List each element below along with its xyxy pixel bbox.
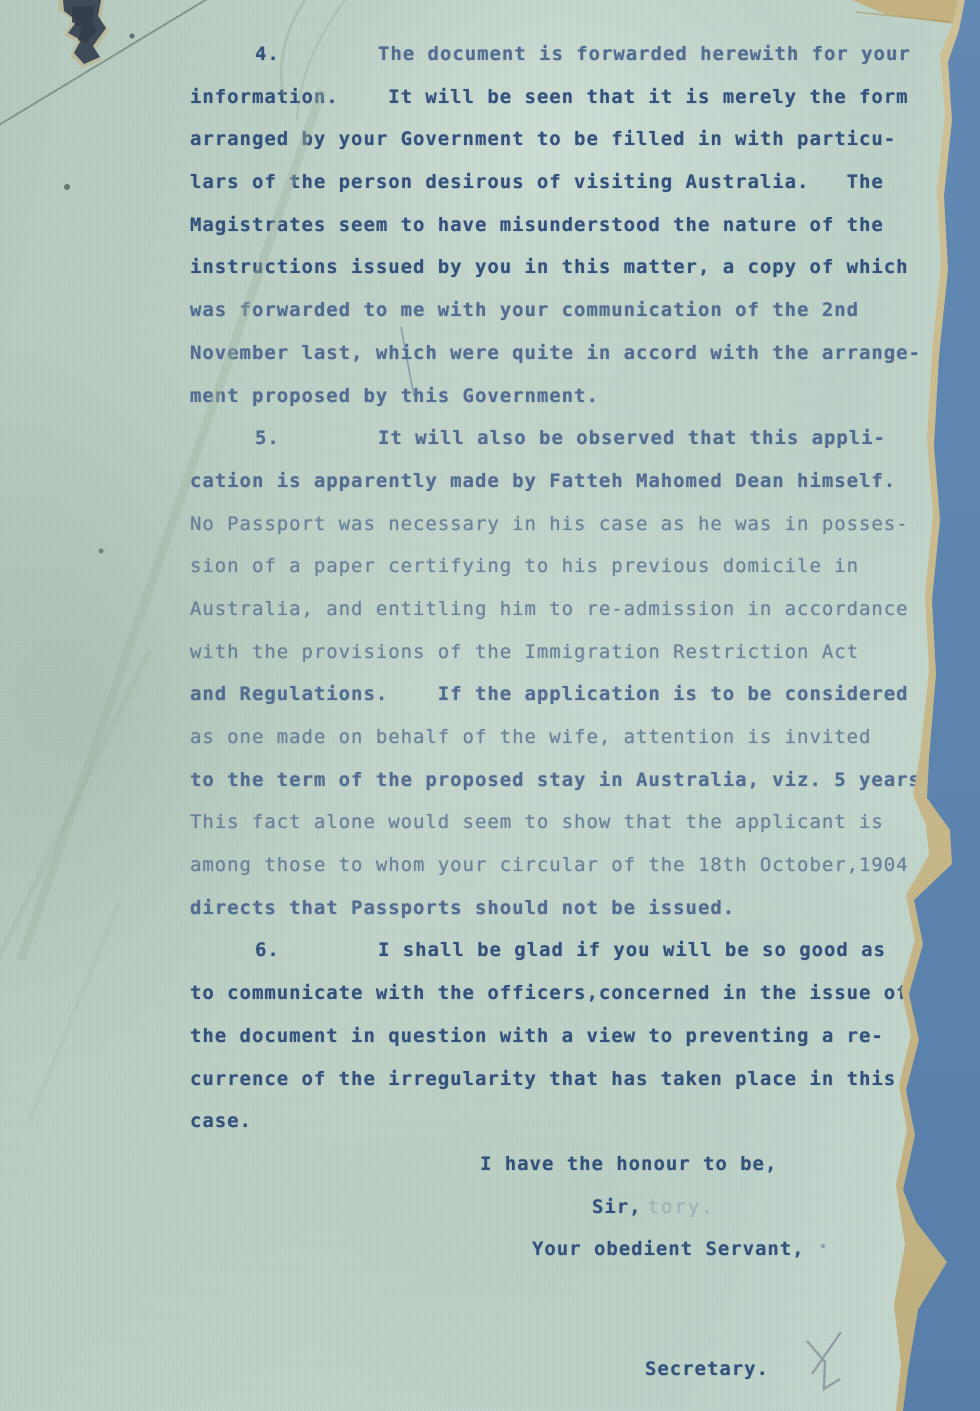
typed-line: 6.I shall be glad if you will be so good… (190, 929, 980, 972)
typed-line: with the provisions of the Immigration R… (190, 631, 980, 674)
typed-line: sion of a paper certifying to his previo… (190, 545, 980, 588)
typed-line: This fact alone would seem to show that … (190, 801, 980, 844)
paper-speck (99, 549, 104, 554)
tear-edge (58, 0, 109, 68)
typed-line: 4.The document is forwarded herewith for… (190, 33, 980, 76)
typed-line: currence of the irregularity that has ta… (190, 1058, 980, 1101)
typed-line: directs that Passports should not be iss… (190, 887, 980, 930)
fold-line (856, 12, 950, 22)
typed-line: to the term of the proposed stay in Aust… (190, 759, 980, 802)
typed-line: lars of the person desirous of visiting … (190, 161, 980, 204)
show-through-ghost-text: tory. (648, 1196, 715, 1218)
typed-letter-body: 4.The document is forwarded herewith for… (190, 33, 980, 1391)
paper-speck (130, 34, 135, 39)
typed-line: instructions issued by you in this matte… (190, 246, 980, 289)
typed-line: Australia, and entitling him to re-admis… (190, 588, 980, 631)
vertical-spacer (190, 1271, 980, 1348)
paper-hole (63, 0, 106, 64)
closing-sir-line: Sir,tory. (592, 1186, 980, 1229)
typed-line: arranged by your Government to be filled… (190, 118, 980, 161)
fold-crease-band (0, 650, 150, 965)
paper-speck (64, 184, 70, 190)
typed-line: was forwarded to me with your communicat… (190, 289, 980, 332)
paper-hole-inner (72, 6, 97, 44)
typed-line: cation is apparently made by Fatteh Maho… (190, 460, 980, 503)
typed-line: information. It will be seen that it is … (190, 76, 980, 119)
typed-line: the document in question with a view to … (190, 1015, 980, 1058)
typed-line: among those to whom your circular of the… (190, 844, 980, 887)
document-paper: 4.The document is forwarded herewith for… (0, 0, 980, 1411)
paragraph-number: 6. (255, 929, 280, 972)
typed-line: ment proposed by this Government. (190, 375, 980, 418)
folded-corner-flap (852, 0, 960, 24)
typed-line: No Passport was necessary in his case as… (190, 503, 980, 546)
typed-line: Magistrates seem to have misunderstood t… (190, 204, 980, 247)
typed-line: case. (190, 1100, 980, 1143)
signature-title: Secretary. (645, 1348, 980, 1391)
typed-line: 5.It will also be observed that this app… (190, 417, 980, 460)
typed-line: to communicate with the officers,concern… (190, 972, 980, 1015)
typed-line: November last, which were quite in accor… (190, 332, 980, 375)
fold-crease-band (30, 900, 120, 1120)
typed-line: as one made on behalf of the wife, atten… (190, 716, 980, 759)
crease-line (0, 0, 212, 128)
typed-line: and Regulations. If the application is t… (190, 673, 980, 716)
scanned-document-page: 4.The document is forwarded herewith for… (0, 0, 980, 1411)
